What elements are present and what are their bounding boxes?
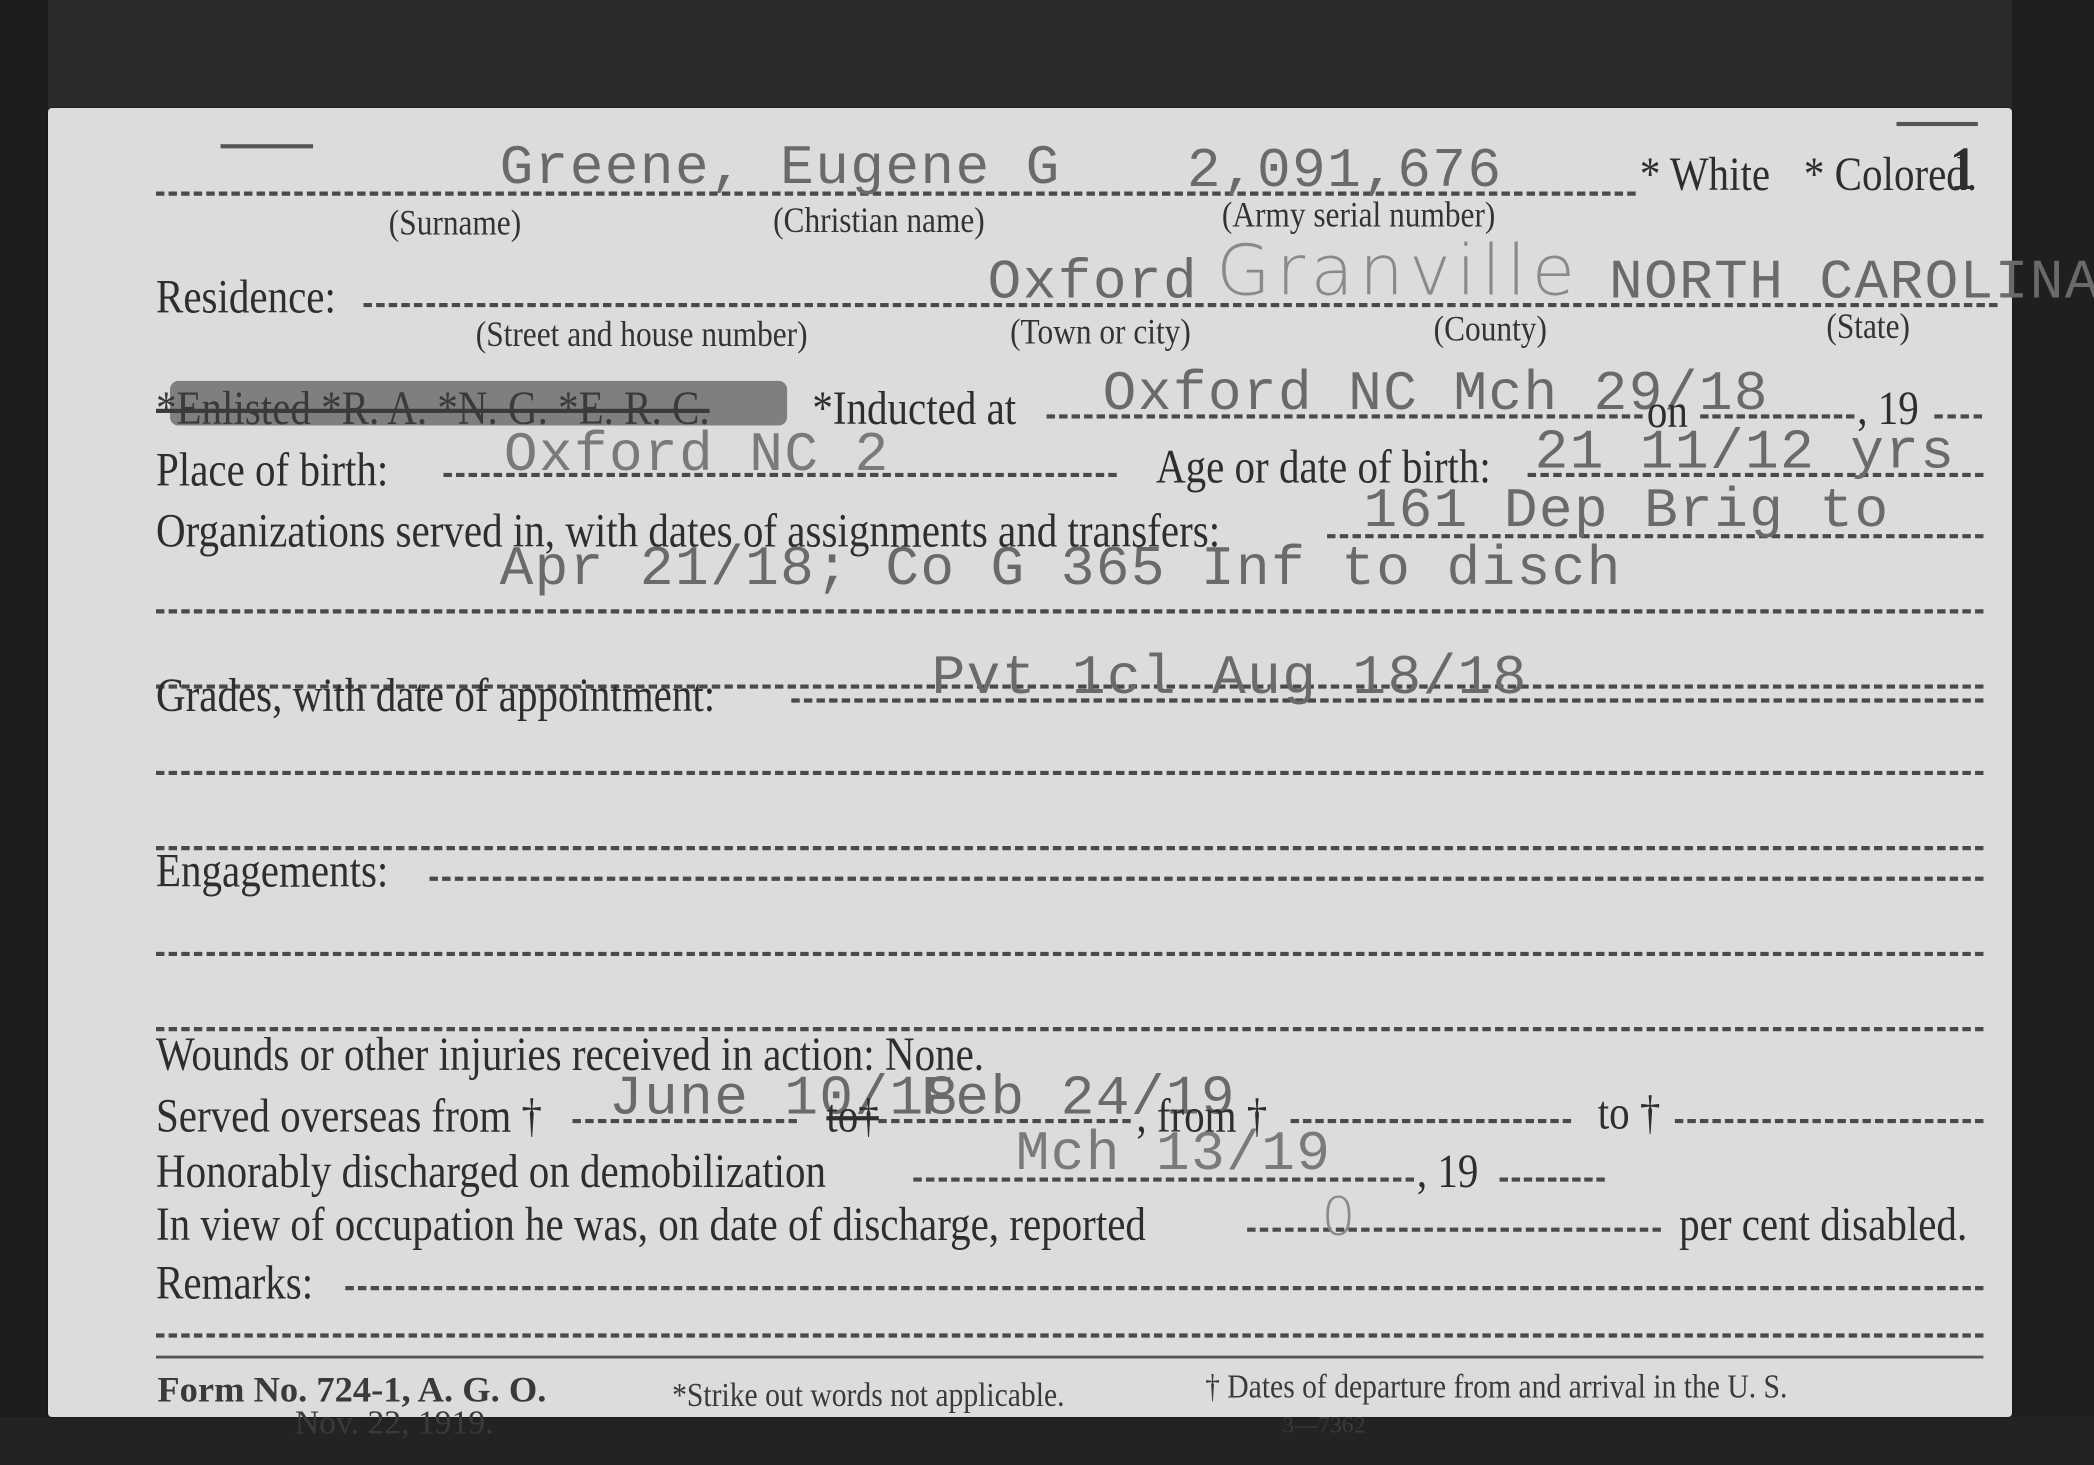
inducted-year-line — [1934, 414, 1982, 418]
remarks-line-2 — [156, 1333, 1983, 1337]
name-value: Greene, Eugene G — [500, 139, 1061, 202]
disability-value: 0 — [1321, 1186, 1361, 1247]
top-right-mark — [1896, 122, 1977, 126]
remarks-label: Remarks: — [156, 1258, 313, 1311]
remarks-line-1 — [345, 1286, 1983, 1290]
street-label: (Street and house number) — [476, 314, 808, 356]
discharge-label: Honorably discharged on demobilization — [156, 1147, 826, 1200]
disability-suffix: per cent disabled. — [1679, 1200, 1967, 1253]
engagements-line-2 — [156, 952, 1983, 956]
grades-value: Pvt 1cl Aug 18/18 — [932, 648, 1528, 711]
grades-line-3 — [156, 846, 1983, 850]
state-label: (State) — [1826, 306, 1910, 348]
organizations-value-2: Apr 21/18; Co G 365 Inf to disch — [500, 540, 1622, 603]
residence-label: Residence: — [156, 272, 336, 325]
disability-label: In view of occupation he was, on date of… — [156, 1200, 1146, 1253]
place-of-birth-value: Oxford NC 2 — [504, 425, 890, 488]
discharge-value: Mch 13/19 — [1016, 1125, 1332, 1188]
age-value: 21 11/12 yrs — [1535, 423, 1956, 486]
overseas-to-2-label: to † — [1598, 1088, 1661, 1141]
print-code: 3—7362 — [1282, 1411, 1365, 1439]
race-colored: * Colored. — [1804, 150, 1977, 203]
dagger-note: † Dates of departure from and arrival in… — [1205, 1370, 1787, 1408]
race-white: * White — [1640, 150, 1770, 203]
disability-line — [1247, 1228, 1661, 1232]
residence-town: Oxford — [988, 253, 1198, 316]
inducted-date-line — [1700, 414, 1854, 418]
residence-county: Granville — [1216, 231, 1580, 312]
overseas-from-2-line — [1291, 1119, 1572, 1123]
engagements-label: Engagements: — [156, 846, 388, 899]
footer-rule — [156, 1356, 1983, 1359]
form-date: Nov. 22, 1919. — [295, 1406, 494, 1444]
overseas-to-label: to† — [826, 1091, 878, 1144]
organizations-value-1: 161 Dep Brig to — [1364, 481, 1890, 544]
organizations-line-2 — [156, 609, 1983, 613]
town-label: (Town or city) — [1010, 311, 1191, 353]
card-content: 1Greene, Eugene G2,091,676* White* Color… — [48, 108, 2012, 1417]
place-of-birth-label: Place of birth: — [156, 445, 388, 498]
strike-note: *Strike out words not applicable. — [672, 1378, 1064, 1416]
background-left-edge — [0, 0, 48, 1465]
surname-label: (Surname) — [389, 203, 521, 245]
county-label: (County) — [1434, 309, 1547, 351]
grades-line-2 — [156, 771, 1983, 775]
grades-label: Grades, with date of appointment: — [156, 671, 715, 724]
top-left-mark — [221, 144, 314, 148]
discharge-year-line — [1500, 1177, 1605, 1181]
service-record-card: 1Greene, Eugene G2,091,676* White* Color… — [48, 108, 2012, 1417]
overseas-label: Served overseas from † — [156, 1091, 542, 1144]
christian-name-label: (Christian name) — [773, 200, 985, 242]
background-right-edge — [2012, 0, 2094, 1465]
engagements-line-1 — [429, 877, 1983, 881]
overseas-to-2-line — [1675, 1119, 1984, 1123]
discharge-year-label: , 19 — [1417, 1147, 1479, 1200]
